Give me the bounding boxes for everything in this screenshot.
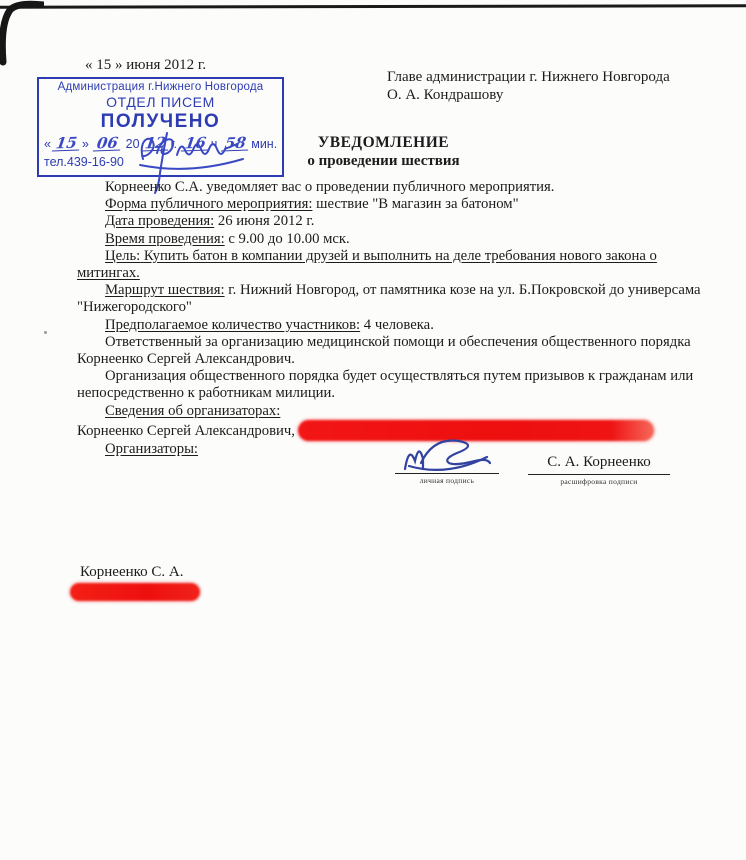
field-time-label: Время проведения:: [105, 231, 225, 247]
addressee-line-2: О. А. Кондрашову: [387, 87, 670, 105]
field-form: Форма публичного мероприятия: шествие "В…: [77, 196, 704, 213]
personal-signature: [397, 435, 497, 477]
signature-block-personal: личная подпись: [395, 441, 499, 485]
document-body: Корнеенко С.А. уведомляет вас о проведен…: [77, 179, 704, 458]
title-line-1: УВЕДОМЛЕНИЕ: [281, 134, 486, 152]
organizer-line: Корнеенко Сергей Александрович,: [77, 420, 704, 441]
field-goal-value: Купить батон в компании друзей и выполни…: [77, 248, 657, 281]
received-stamp: Администрация г.Нижнего Новгорода ОТДЕЛ …: [37, 77, 284, 177]
stamp-close-quote: »: [82, 137, 89, 151]
field-goal: Цель: Купить батон в компании друзей и в…: [77, 248, 704, 282]
signature-name: С. А. Корнеенко: [528, 454, 670, 475]
field-goal-label: Цель:: [105, 248, 140, 264]
field-form-value: шествие "В магазин за батоном": [316, 196, 518, 212]
field-time: Время проведения: с 9.00 до 10.00 мск.: [77, 231, 704, 248]
stamp-day-handwritten: 15: [52, 136, 81, 152]
field-date: Дата проведения: 26 июня 2012 г.: [77, 213, 704, 230]
paragraph-responsible: Ответственный за организацию медицинской…: [77, 334, 704, 368]
stamp-dept-line: ОТДЕЛ ПИСЕМ: [44, 94, 277, 110]
stamp-open-quote: «: [44, 137, 51, 151]
scan-top-edge: [0, 4, 746, 9]
addressee-line-1: Главе администрации г. Нижнего Новгорода: [387, 69, 670, 87]
field-date-value: 26 июня 2012 г.: [218, 213, 315, 229]
field-participants-label: Предполагаемое количество участников:: [105, 317, 360, 333]
field-date-label: Дата проведения:: [105, 213, 214, 229]
organizer-name: Корнеенко Сергей Александрович,: [77, 423, 295, 439]
signature-block-name: С. А. Корнеенко расшифровка подписи: [528, 454, 670, 486]
scan-speck: [44, 331, 47, 334]
footer-name: Корнеенко С. А.: [80, 564, 184, 581]
stamp-month-handwritten: 06: [93, 136, 122, 152]
field-participants-value: 4 человека.: [364, 317, 434, 333]
document-title: УВЕДОМЛЕНИЕ о проведении шествия: [281, 134, 486, 170]
scanned-document-page: « 15 » июня 2012 г. Администрация г.Нижн…: [0, 0, 746, 860]
redaction-strip-phone: [70, 583, 200, 601]
organizers-info-label: Сведения об организаторах:: [77, 403, 704, 420]
signature-name-caption: расшифровка подписи: [528, 477, 670, 486]
signature-line: [395, 441, 499, 474]
field-route-label: Маршрут шествия:: [105, 282, 225, 298]
page-curl-corner: [0, 0, 44, 66]
signature-caption: личная подпись: [395, 476, 499, 485]
stamp-org-line: Администрация г.Нижнего Новгорода: [44, 81, 277, 93]
field-form-label: Форма публичного мероприятия:: [105, 196, 312, 212]
typed-date: « 15 » июня 2012 г.: [85, 57, 206, 74]
paragraph-order: Организация общественного порядка будет …: [77, 368, 704, 402]
addressee-block: Главе администрации г. Нижнего Новгорода…: [387, 69, 670, 104]
stamp-phone-label: тел.439-16-90: [44, 155, 124, 169]
field-time-value: с 9.00 до 10.00 мск.: [228, 231, 349, 247]
intro-paragraph: Корнеенко С.А. уведомляет вас о проведен…: [77, 179, 704, 196]
field-participants: Предполагаемое количество участников: 4 …: [77, 317, 704, 334]
field-route: Маршрут шествия: г. Нижний Новгород, от …: [77, 282, 704, 316]
title-line-2: о проведении шествия: [281, 153, 486, 170]
